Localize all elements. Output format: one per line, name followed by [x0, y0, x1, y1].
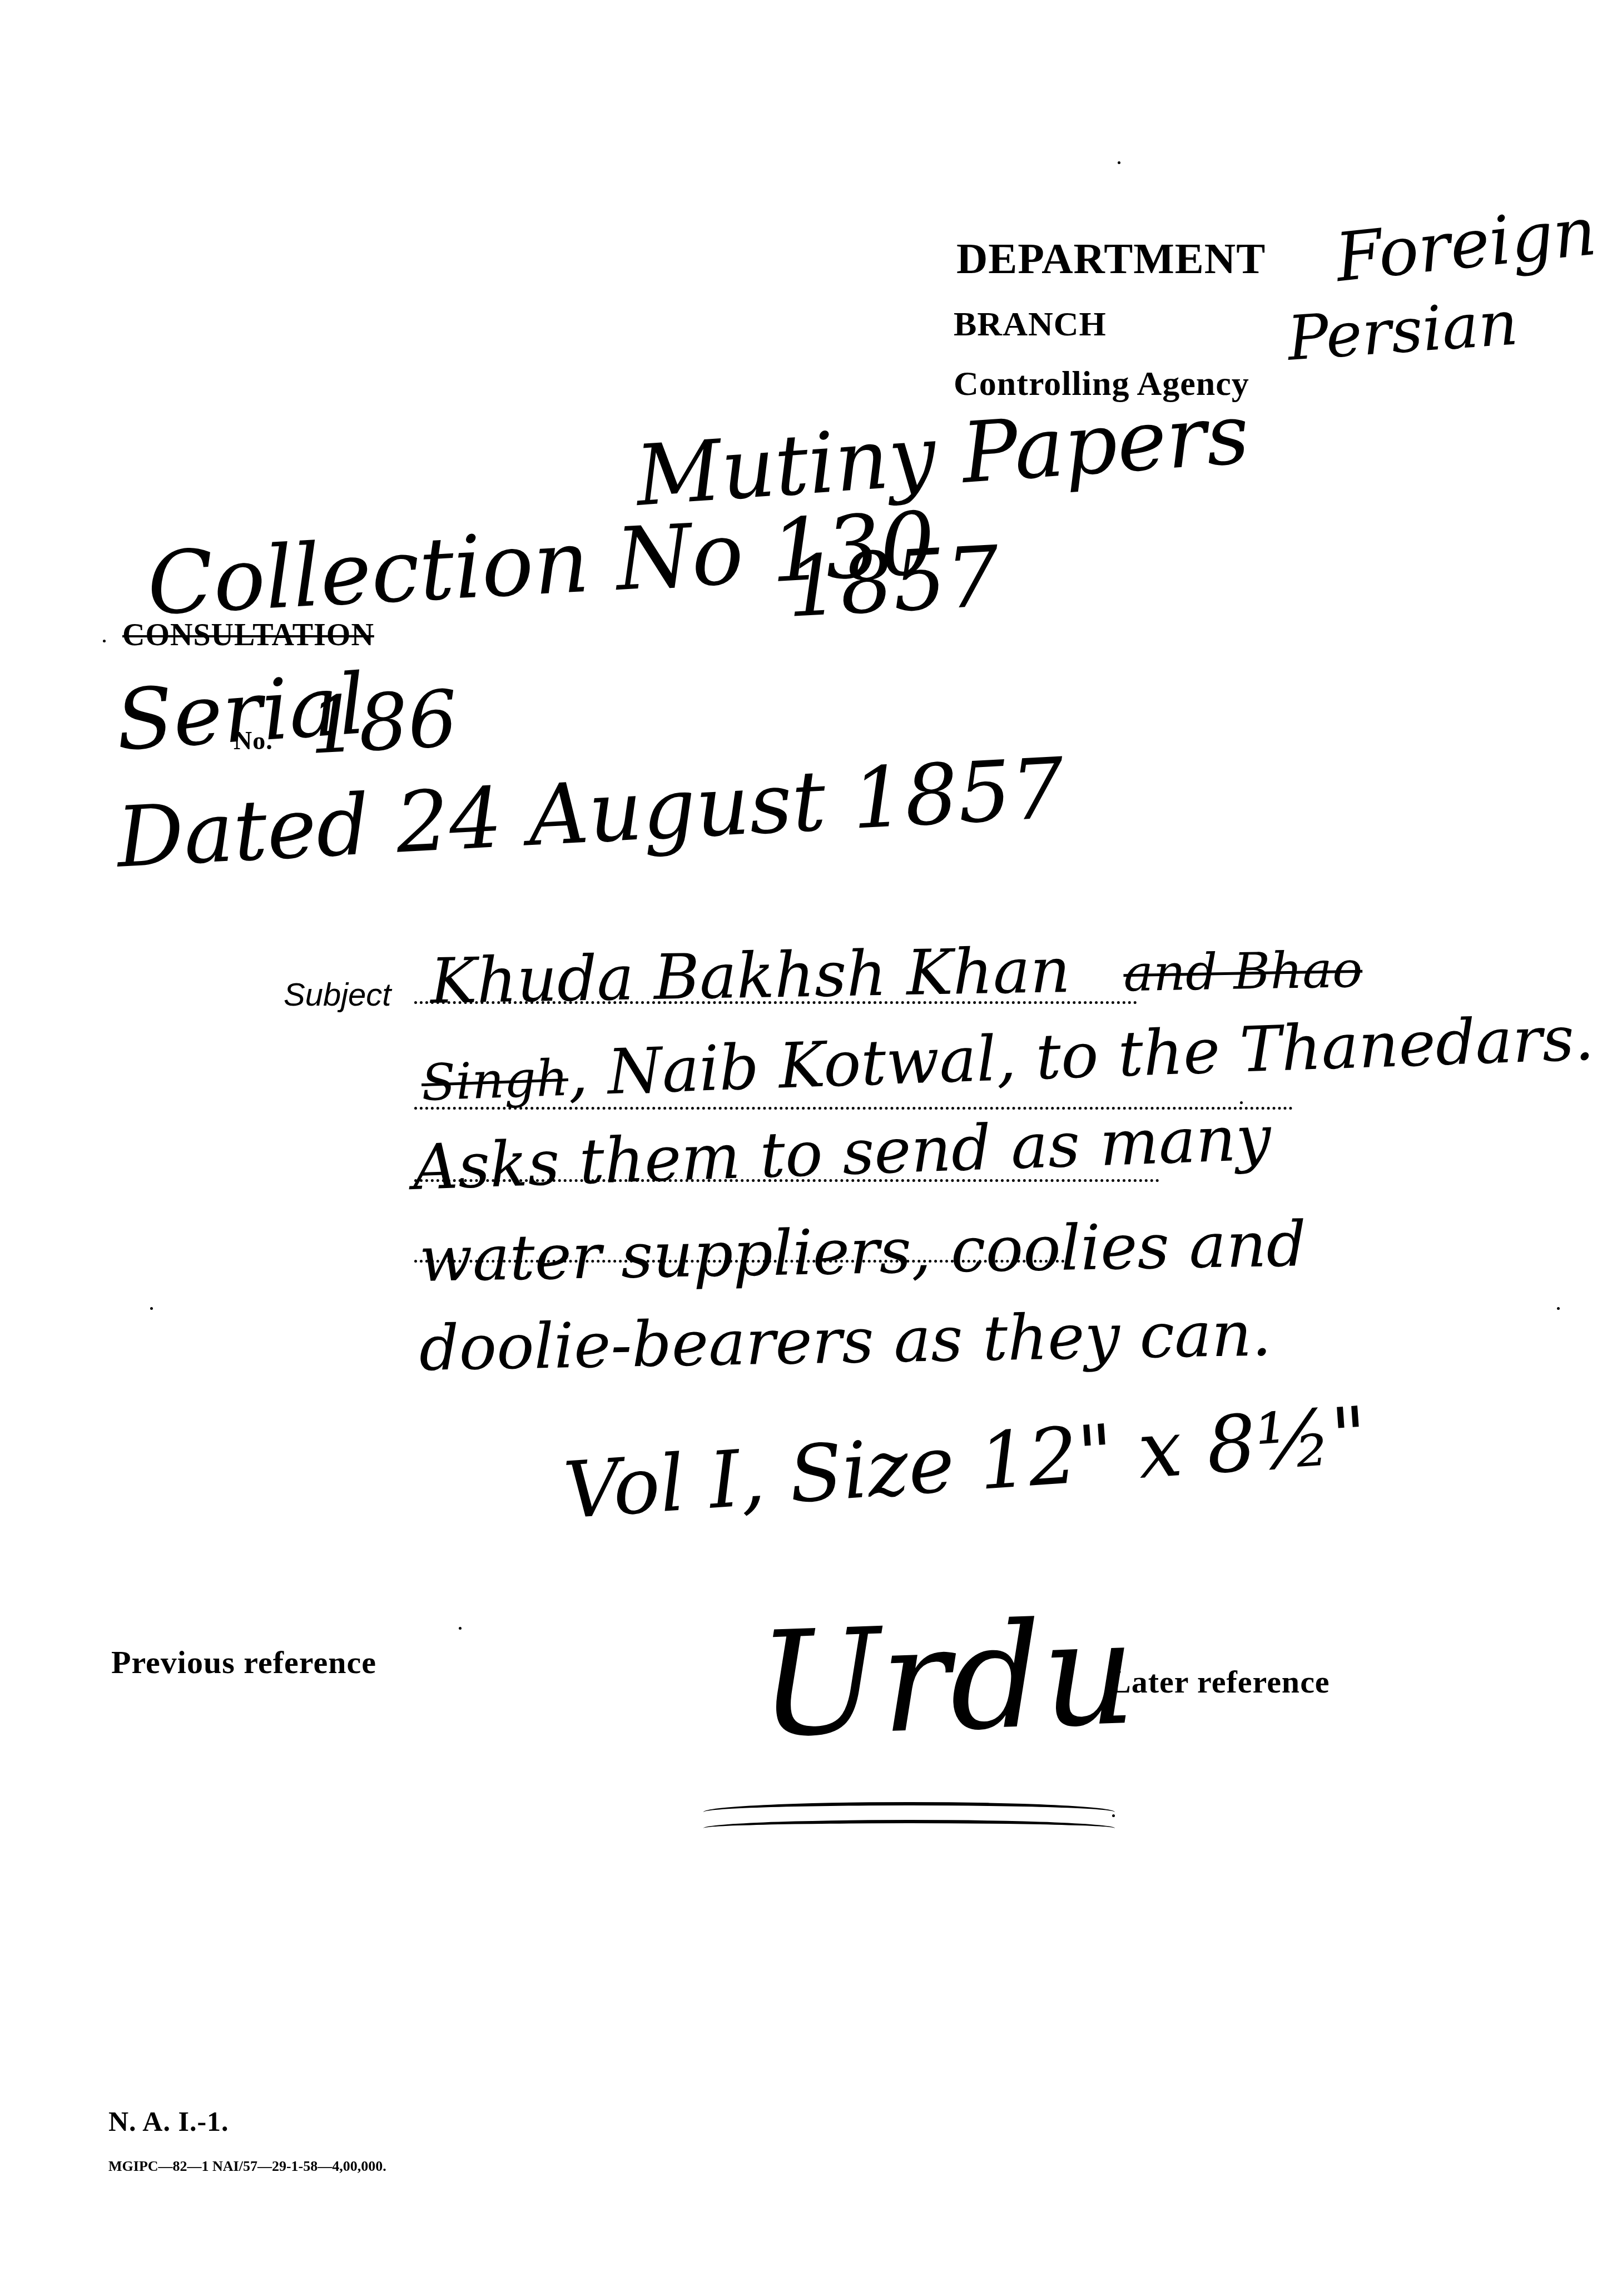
consultation-label-struck: CONSULTATION [122, 617, 374, 653]
scan-speck [1118, 161, 1120, 164]
subject-line-2: Singh, Naib Kotwal, to the Thanedars. [420, 1002, 1595, 1115]
archive-file-cover: DEPARTMENT Foreign BRANCH Persian Contro… [0, 0, 1617, 2296]
printer-line: MGIPC—82—1 NAI/57—29-1-58—4,00,000. [108, 2158, 386, 2175]
serial-number-handwritten: 186 [306, 674, 459, 772]
serial-no-label: No. [234, 726, 273, 755]
department-label: DEPARTMENT [956, 234, 1266, 284]
subject-line-1: Khuda Bakhsh Khan and Bhao [430, 929, 1363, 1018]
scan-speck [150, 1307, 153, 1310]
subject-line-3: Asks them to send as many [411, 1102, 1272, 1204]
subject-line-1-text: Khuda Bakhsh Khan [430, 934, 1071, 1018]
form-code: N. A. I.-1. [108, 2105, 229, 2137]
language-handwritten: Urdu [756, 1589, 1138, 1770]
language-underline-2 [703, 1820, 1115, 1837]
language-underline-1 [703, 1802, 1115, 1822]
dated-handwritten: Dated 24 August 1857 [115, 740, 1067, 887]
previous-reference-label: Previous reference [111, 1644, 376, 1681]
subject-line-4: water suppliers, coolies and [419, 1208, 1307, 1296]
later-reference-label: Later reference [1109, 1663, 1330, 1700]
volume-size-handwritten: Vol I, Size 12" x 8½" [561, 1390, 1370, 1537]
branch-value-handwritten: Persian [1285, 287, 1520, 374]
scan-speck [1112, 1814, 1115, 1817]
scan-speck [103, 640, 106, 642]
subject-label: Subject [284, 976, 391, 1013]
branch-label: BRANCH [954, 305, 1107, 344]
scan-speck [1240, 1101, 1243, 1104]
subject-line-2-text: , Naib Kotwal, to the Thanedars. [567, 1002, 1595, 1110]
scan-speck [459, 1627, 462, 1630]
scan-speck [1557, 1307, 1560, 1310]
department-value-handwritten: Foreign [1332, 193, 1600, 297]
subject-line-1-struck: and Bhao [1123, 941, 1363, 1003]
collection-year-handwritten: 1857 [785, 528, 1001, 636]
subject-line-5: doolie-bearers as they can. [419, 1298, 1272, 1385]
subject-line-2-struck: Singh [420, 1049, 569, 1112]
